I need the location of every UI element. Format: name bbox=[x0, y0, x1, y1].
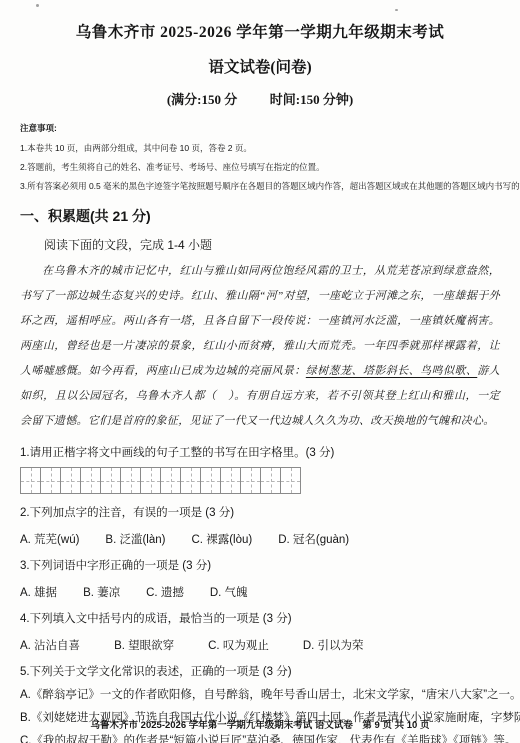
question-4-text: 4.下列填入文中括号内的成语，最恰当的一项是 (3 分) bbox=[20, 612, 500, 626]
option-2a: A. 荒芜(wú) bbox=[20, 531, 79, 547]
question-5: 5.下列关于文学文化常识的表述，正确的一项是 (3 分) A.《醉翁亭记》一文的… bbox=[20, 665, 500, 743]
tianzige-cell bbox=[241, 467, 261, 494]
question-2-options: A. 荒芜(wú) B. 泛滥(làn) C. 裸露(lòu) D. 冠名(gu… bbox=[20, 531, 500, 547]
exam-meta: (满分:150 分 时间:150 分钟) bbox=[20, 89, 500, 108]
option-3a: A. 雄据 bbox=[20, 584, 57, 600]
tianzige-cell bbox=[61, 467, 81, 494]
tianzige-cell bbox=[221, 467, 241, 494]
section-heading: 一、积累题(共 21 分) bbox=[20, 206, 500, 226]
tianzige-cell bbox=[261, 467, 281, 494]
passage-intro: 阅读下面的文段，完成 1-4 小题 bbox=[20, 236, 500, 253]
exam-page: 乌鲁木齐市 2025-2026 学年第一学期九年级期末考试 语文试卷(问卷) (… bbox=[0, 0, 520, 743]
option-4d: D. 引以为荣 bbox=[303, 637, 364, 653]
notice-item-1: 1.本卷共 10 页，由两部分组成，其中问卷 10 页，答卷 2 页。 bbox=[20, 143, 500, 153]
question-5-text: 5.下列关于文学文化常识的表述，正确的一项是 (3 分) bbox=[20, 665, 500, 679]
option-5a: A.《醉翁亭记》一文的作者欧阳修，自号醉翁，晚年号香山居士，北宋文学家，“唐宋八… bbox=[20, 689, 500, 702]
question-1-text: 1.请用正楷字将文中画线的句子工整的书写在田字格里。(3 分) bbox=[20, 446, 500, 460]
question-1: 1.请用正楷字将文中画线的句子工整的书写在田字格里。(3 分) bbox=[20, 446, 500, 494]
scan-artifact bbox=[395, 9, 398, 11]
option-2d: D. 冠名(guàn) bbox=[278, 531, 349, 547]
notices-block: 注意事项: 1.本卷共 10 页，由两部分组成，其中问卷 10 页，答卷 2 页… bbox=[20, 122, 500, 191]
tianzige-cell bbox=[201, 467, 221, 494]
question-3-text: 3.下列词语中字形正确的一项是 (3 分) bbox=[20, 559, 500, 573]
option-4b: B. 望眼欲穿 bbox=[114, 637, 174, 653]
notice-item-3: 3.所有答案必须用 0.5 毫米的黑色字迹签字笔按照题号顺序在各题目的答题区域内… bbox=[20, 181, 500, 191]
reading-passage: 在乌鲁木齐的城市记忆中，红山与雅山如同两位饱经风霜的卫士，从荒芜苍凉到绿意盎然，… bbox=[20, 259, 500, 434]
tianzige-cell bbox=[181, 467, 201, 494]
question-3-options: A. 雄据 B. 萋凉 C. 遗撼 D. 气魄 bbox=[20, 584, 500, 600]
question-4: 4.下列填入文中括号内的成语，最恰当的一项是 (3 分) A. 沾沾自喜 B. … bbox=[20, 612, 500, 653]
notices-heading: 注意事项: bbox=[20, 122, 500, 134]
tianzige-cell bbox=[81, 467, 101, 494]
scan-artifact bbox=[36, 4, 39, 7]
tianzige-cell bbox=[141, 467, 161, 494]
passage-underlined-sentence: 绿树葱茏、塔影斜长、鸟鸣似歌、 bbox=[306, 365, 477, 377]
option-4a: A. 沾沾自喜 bbox=[20, 637, 80, 653]
question-4-options: A. 沾沾自喜 B. 望眼欲穿 C. 叹为观止 D. 引以为荣 bbox=[20, 637, 500, 653]
question-2-text: 2.下列加点字的注音，有误的一项是 (3 分) bbox=[20, 506, 500, 520]
question-2: 2.下列加点字的注音，有误的一项是 (3 分) A. 荒芜(wú) B. 泛滥(… bbox=[20, 506, 500, 547]
tianzige-grid bbox=[20, 467, 301, 494]
tianzige-cell bbox=[41, 467, 61, 494]
option-2b: B. 泛滥(làn) bbox=[105, 531, 165, 547]
tianzige-cell bbox=[281, 467, 301, 494]
tianzige-cell bbox=[20, 467, 41, 494]
option-3b: B. 萋凉 bbox=[83, 584, 120, 600]
option-3c: C. 遗撼 bbox=[146, 584, 184, 600]
tianzige-cell bbox=[121, 467, 141, 494]
question-3: 3.下列词语中字形正确的一项是 (3 分) A. 雄据 B. 萋凉 C. 遗撼 … bbox=[20, 559, 500, 600]
option-4c: C. 叹为观止 bbox=[208, 637, 269, 653]
notice-item-2: 2.答题前，考生须将自己的姓名、准考证号、考场号、座位号填写在指定的位置。 bbox=[20, 162, 500, 172]
exam-subtitle: 语文试卷(问卷) bbox=[20, 55, 500, 77]
exam-title: 乌鲁木齐市 2025-2026 学年第一学期九年级期末考试 bbox=[20, 20, 500, 42]
tianzige-cell bbox=[161, 467, 181, 494]
page-footer: 乌鲁木齐市 2025-2026 学年第一学期九年级期末考试 语文试卷 第 9 页… bbox=[0, 717, 520, 731]
option-3d: D. 气魄 bbox=[210, 584, 248, 600]
option-2c: C. 裸露(lòu) bbox=[192, 531, 253, 547]
passage-part1: 在乌鲁木齐的城市记忆中，红山与雅山如同两位饱经风霜的卫士，从荒芜苍凉到绿意盎然，… bbox=[20, 265, 500, 377]
tianzige-cell bbox=[101, 467, 121, 494]
option-5c: C.《我的叔叔于勒》的作者是“短篇小说巨匠”莫泊桑、德国作家，代表作有《羊脂球》… bbox=[20, 735, 500, 743]
